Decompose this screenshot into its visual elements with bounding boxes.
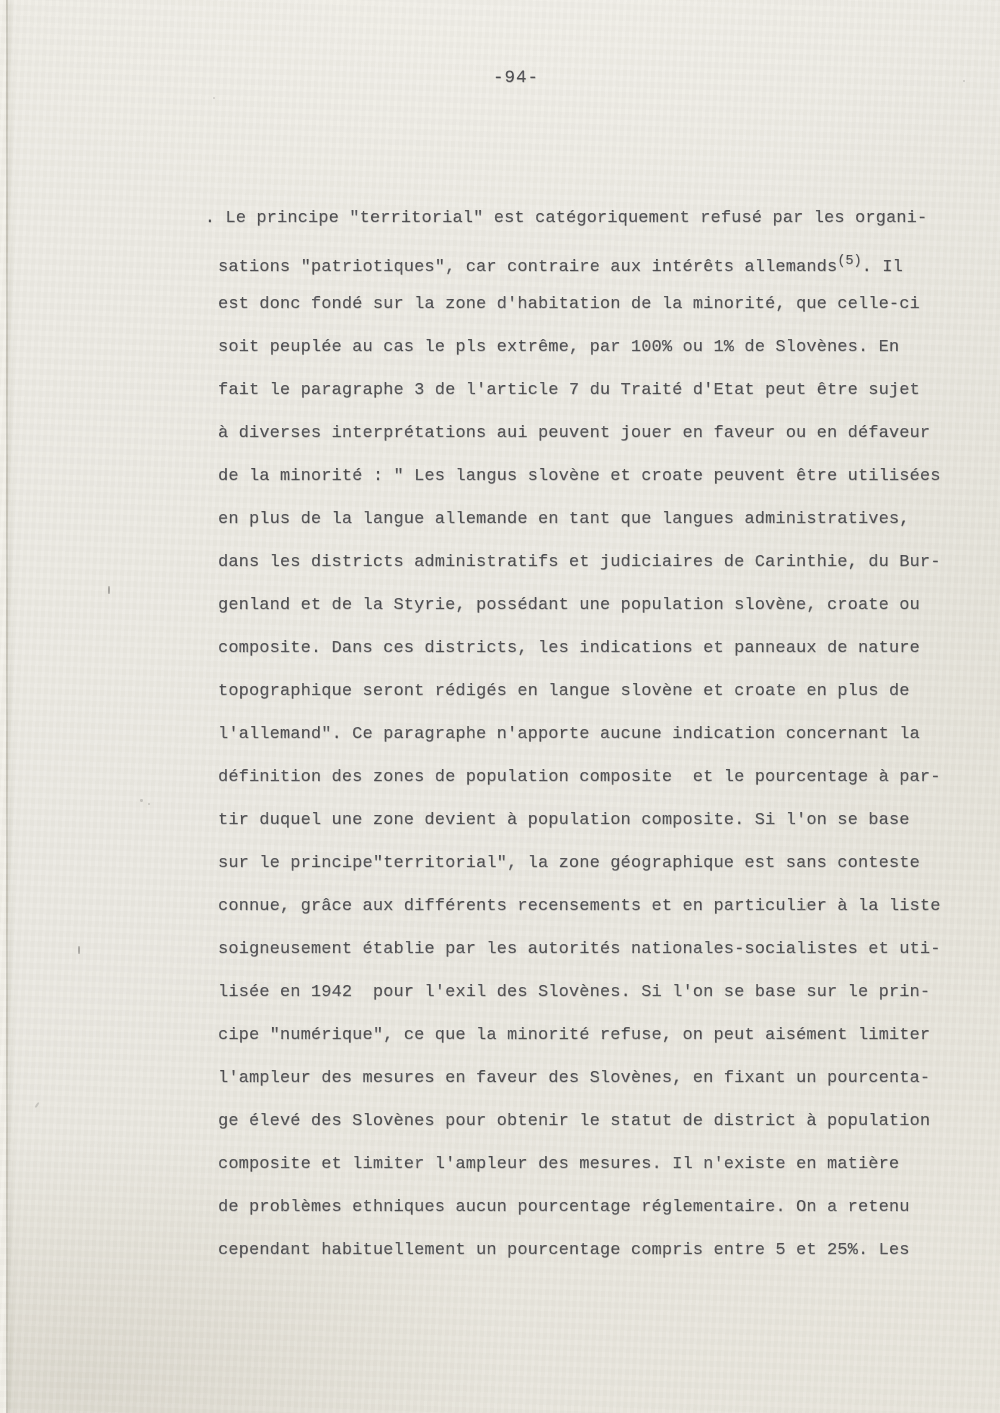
scan-speck: [140, 799, 143, 802]
body-line: sur le principe"territorial", la zone gé…: [218, 842, 963, 885]
body-line: fait le paragraphe 3 de l'article 7 du T…: [218, 369, 963, 412]
body-line: sations "patriotiques", car contraire au…: [218, 240, 963, 283]
body-line: de problèmes ethniques aucun pourcentage…: [218, 1186, 963, 1229]
scan-speck: [108, 586, 110, 594]
scan-speck: [34, 1102, 39, 1108]
footnote-ref: (5): [837, 254, 861, 269]
body-line: lisée en 1942 pour l'exil des Slovènes. …: [218, 971, 963, 1014]
scan-speck: [78, 946, 80, 954]
body-line: à diverses interprétations aui peuvent j…: [218, 412, 963, 455]
body-line: l'ampleur des mesures en faveur des Slov…: [218, 1057, 963, 1100]
body-line: soit peuplée au cas le pls extrême, par …: [218, 326, 963, 369]
scan-speck: [213, 97, 215, 99]
body-line: dans les districts administratifs et jud…: [218, 541, 963, 584]
body-line: définition des zones de population compo…: [218, 756, 963, 799]
body-line: ge élevé des Slovènes pour obtenir le st…: [218, 1100, 963, 1143]
body-line: cipe "numérique", ce que la minorité ref…: [218, 1014, 963, 1057]
scanned-page: -94- . Le principe "territorial" est cat…: [0, 0, 1000, 1413]
body-line: soigneusement établie par les autorités …: [218, 928, 963, 971]
body-line: genland et de la Styrie, possédant une p…: [218, 584, 963, 627]
body-line: est donc fondé sur la zone d'habitation …: [218, 283, 963, 326]
scan-speck: [148, 803, 150, 805]
body-line: composite et limiter l'ampleur des mesur…: [218, 1143, 963, 1186]
body-line: composite. Dans ces districts, les indic…: [218, 627, 963, 670]
body-line: en plus de la langue allemande en tant q…: [218, 498, 963, 541]
body-line: connue, grâce aux différents recensement…: [218, 885, 963, 928]
body-line: topographique seront rédigés en langue s…: [218, 670, 963, 713]
scan-left-edge: [0, 0, 8, 1413]
body-line: de la minorité : " Les langus slovène et…: [218, 455, 963, 498]
body-line: l'allemand". Ce paragraphe n'apporte auc…: [218, 713, 963, 756]
document-body: . Le principe "territorial" est catégori…: [218, 197, 963, 1272]
body-line: tir duquel une zone devient à population…: [218, 799, 963, 842]
body-line: cependant habituellement un pourcentage …: [218, 1229, 963, 1272]
body-line: . Le principe "territorial" est catégori…: [218, 197, 963, 240]
page-number: -94-: [16, 68, 1000, 88]
